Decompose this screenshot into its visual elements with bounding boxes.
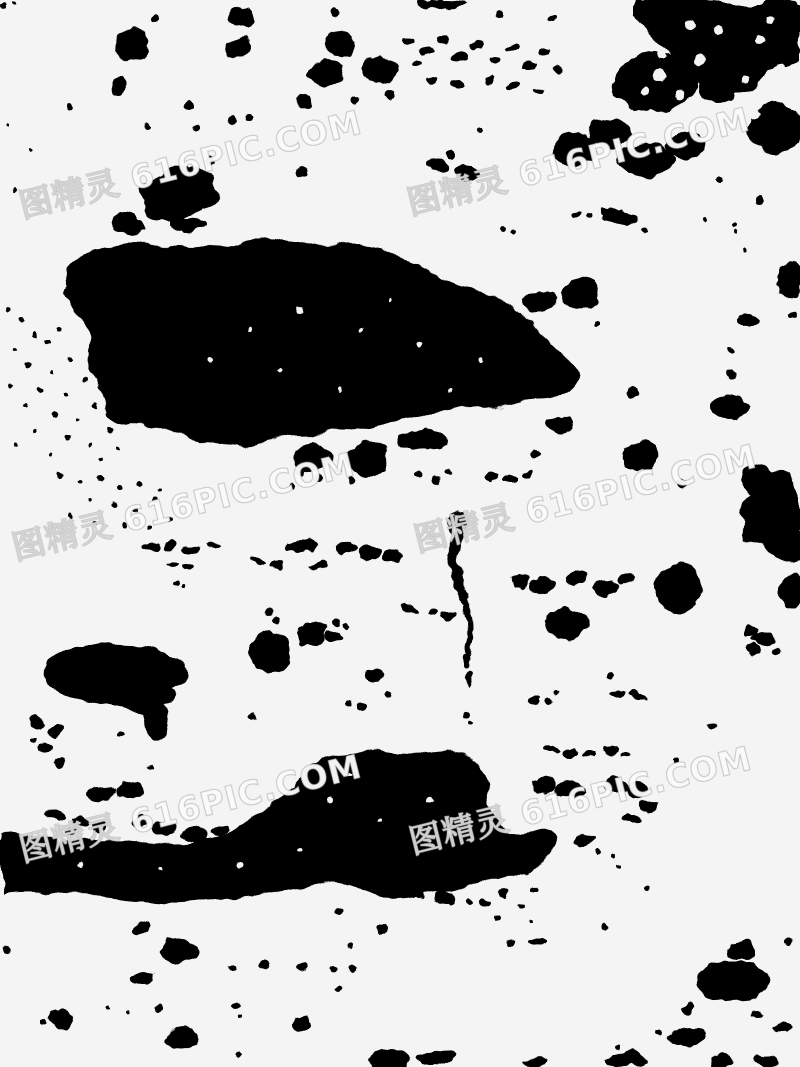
ink-layer: [0, 0, 800, 1067]
upper-left-cluster: [143, 167, 215, 224]
left-middle-blob: [47, 648, 187, 740]
ink-texture-svg: [0, 0, 800, 1067]
ink-blobs: [30, 0, 800, 1067]
top-brush-stroke: [66, 241, 574, 444]
ink-specks: [0, 1, 798, 1057]
right-edge-cluster: [738, 463, 800, 561]
ink-drip: [450, 535, 468, 653]
ink-splatter-image: 图精灵 616PIC.COM图精灵 616PIC.COM图精灵 616PIC.C…: [0, 0, 800, 1067]
